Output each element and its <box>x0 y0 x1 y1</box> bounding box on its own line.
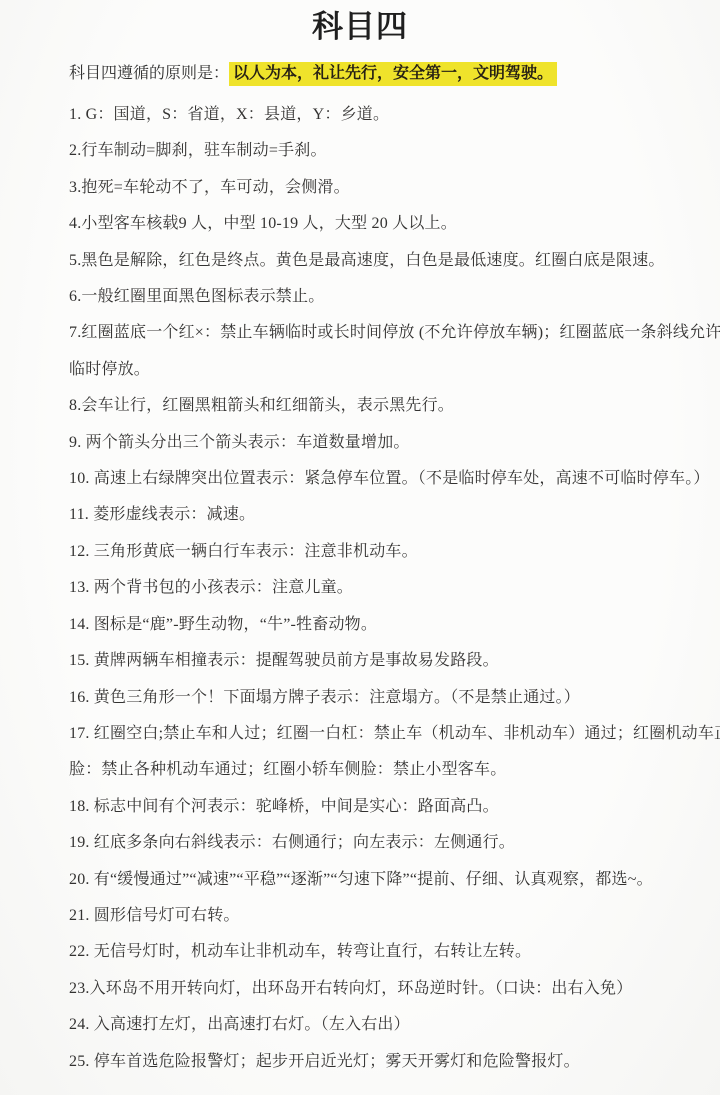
note-line: 11. 菱形虚线表示：减速。 <box>69 497 720 533</box>
note-line: 3.抱死=车轮动不了，车可动，会侧滑。 <box>69 170 720 206</box>
principle-line: 科目四遵循的原则是：以人为本，礼让先行，安全第一，文明驾驶。 <box>69 60 720 88</box>
note-line: 14. 图标是“鹿”-野生动物，“牛”-牲畜动物。 <box>69 607 720 643</box>
note-line: 19. 红底多条向右斜线表示：右侧通行；向左表示：左侧通行。 <box>69 825 720 861</box>
note-line: 17. 红圈空白;禁止车和人过；红圈一白杠：禁止车（机动车、非机动车）通过；红圈… <box>69 716 720 789</box>
note-line: 9. 两个箭头分出三个箭头表示：车道数量增加。 <box>69 425 720 461</box>
note-line: 10. 高速上右绿牌突出位置表示：紧急停车位置。（不是临时停车处，高速不可临时停… <box>69 461 720 497</box>
note-line: 25. 停车首选危险报警灯；起步开启近光灯；雾天开雾灯和危险警报灯。 <box>69 1044 720 1080</box>
note-line: 23.入环岛不用开转向灯，出环岛开右转向灯，环岛逆时针。（口诀：出右入免） <box>69 971 720 1007</box>
note-line: 2.行车制动=脚刹，驻车制动=手刹。 <box>69 133 720 169</box>
notes-list: 1. G：国道，S：省道，X：县道，Y：乡道。2.行车制动=脚刹，驻车制动=手刹… <box>69 97 720 1080</box>
note-line: 1. G：国道，S：省道，X：县道，Y：乡道。 <box>69 97 720 133</box>
note-line: 12. 三角形黄底一辆白行车表示：注意非机动车。 <box>69 534 720 570</box>
note-line: 22. 无信号灯时，机动车让非机动车，转弯让直行，右转让左转。 <box>69 934 720 970</box>
note-line: 4.小型客车核载9 人，中型 10-19 人，大型 20 人以上。 <box>69 206 720 242</box>
note-line: 13. 两个背书包的小孩表示：注意儿童。 <box>69 570 720 606</box>
note-line: 7.红圈蓝底一个红×：禁止车辆临时或长时间停放 (不允许停放车辆)；红圈蓝底一条… <box>69 315 720 388</box>
note-line: 5.黑色是解除，红色是终点。黄色是最高速度，白色是最低速度。红圈白底是限速。 <box>69 243 720 279</box>
page-title: 科目四 <box>0 6 720 48</box>
note-line: 6.一般红圈里面黑色图标表示禁止。 <box>69 279 720 315</box>
note-line: 21. 圆形信号灯可右转。 <box>69 898 720 934</box>
principle-prefix: 科目四遵循的原则是： <box>69 65 229 82</box>
note-line: 8.会车让行，红圈黑粗箭头和红细箭头，表示黑先行。 <box>69 388 720 424</box>
document-page: 科目四 科目四遵循的原则是：以人为本，礼让先行，安全第一，文明驾驶。 1. G：… <box>0 0 720 1095</box>
note-line: 18. 标志中间有个河表示：驼峰桥，中间是实心：路面高凸。 <box>69 789 720 825</box>
note-line: 24. 入高速打左灯，出高速打右灯。（左入右出） <box>69 1007 720 1043</box>
note-line: 16. 黄色三角形一个！下面塌方牌子表示：注意塌方。（不是禁止通过。） <box>69 680 720 716</box>
note-line: 20. 有“缓慢通过”“减速”“平稳”“逐渐”“匀速下降”“提前、仔细、认真观察… <box>69 862 720 898</box>
note-line: 15. 黄牌两辆车相撞表示：提醒驾驶员前方是事故易发路段。 <box>69 643 720 679</box>
principle-highlight: 以人为本，礼让先行，安全第一，文明驾驶。 <box>229 62 557 86</box>
